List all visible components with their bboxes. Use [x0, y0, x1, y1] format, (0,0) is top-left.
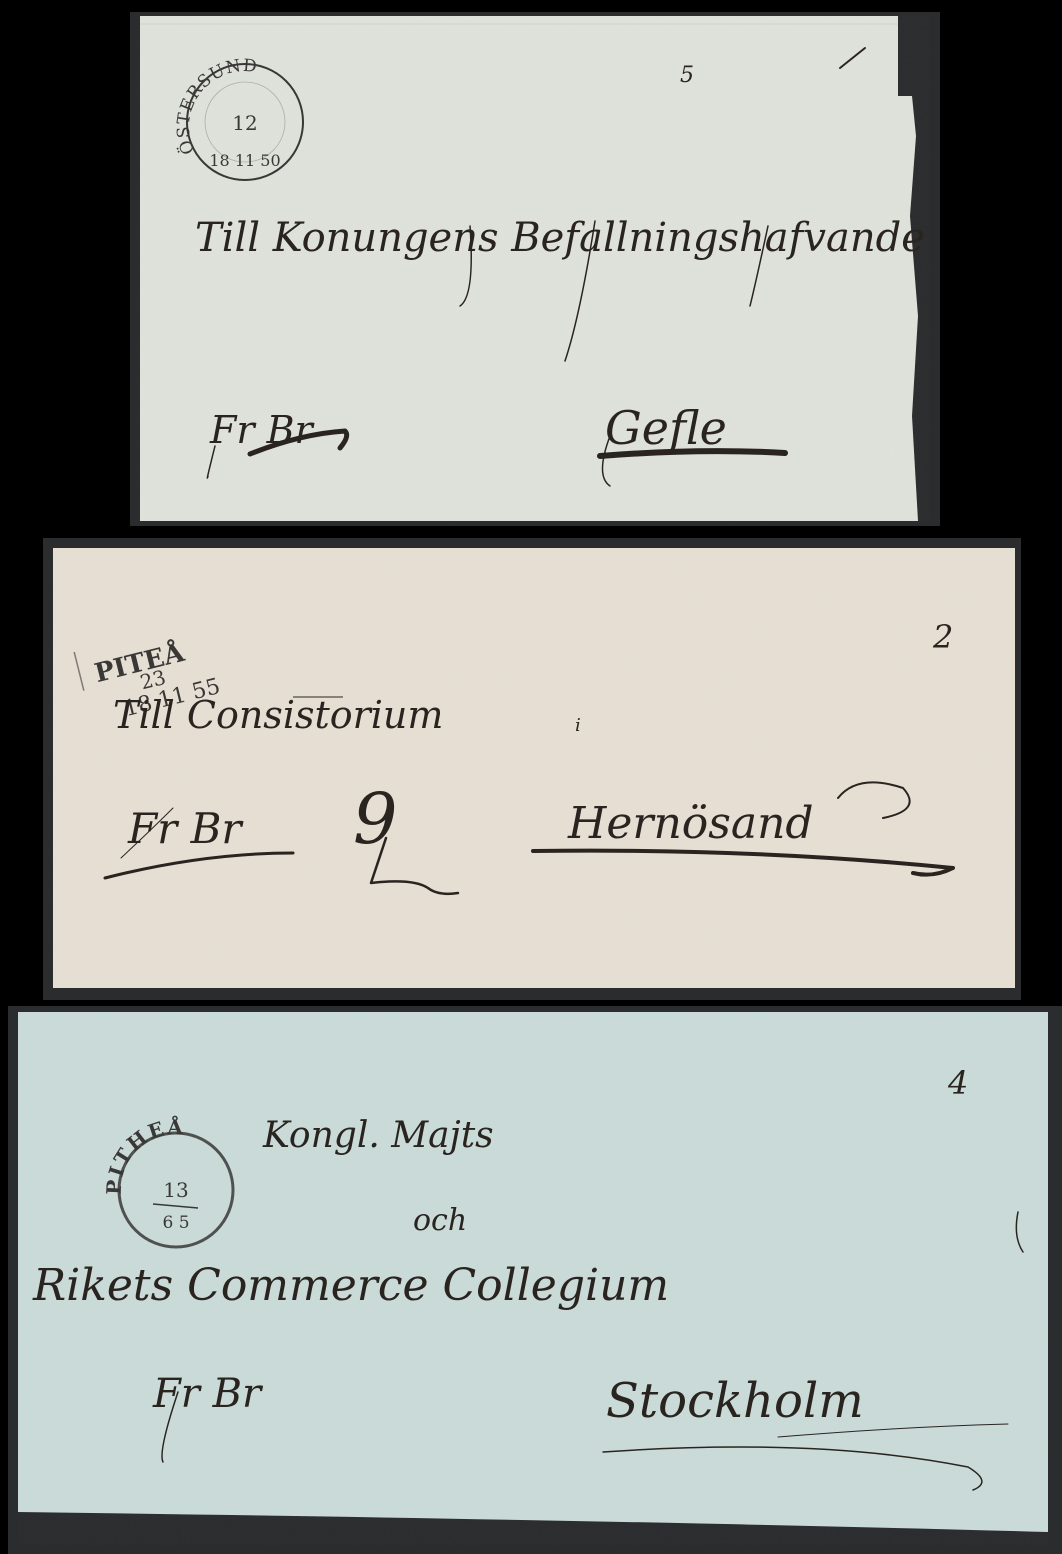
address-line-3: Rikets Commerce Collegium	[32, 1260, 669, 1311]
address-line: Till Consistorium	[113, 693, 443, 737]
svg-text:6 5: 6 5	[162, 1213, 189, 1233]
svg-text:12: 12	[232, 111, 257, 135]
corner-mark: 4	[947, 1064, 968, 1102]
franking-note: Fr Br	[152, 1371, 264, 1417]
destination: Gefle	[605, 401, 727, 455]
corner-mark: 2	[932, 618, 953, 656]
rate-mark: 9	[353, 778, 398, 860]
destination: Hernösand	[567, 798, 814, 849]
cover-2-pitea-letter: PITEÅ 23 18 11 55 2 Till Consistorium Fr…	[53, 548, 1015, 988]
corner-mark: 5	[680, 63, 694, 88]
franking-note: Fr Br	[127, 804, 244, 853]
address-line: Till Konungens Befallningshafvande	[195, 215, 925, 261]
destination: Stockholm	[606, 1373, 864, 1429]
cover-1-oestersund-letter: ÖSTERSUND 12 18 11 50 5 Till Konungens B…	[140, 16, 930, 521]
destination-prefix: i	[575, 715, 581, 736]
cover-3-pithea-letter: PITHEÅ 13 6 5 4 Kongl. Majts och Rikets …	[18, 1012, 1048, 1545]
franking-note: Fr Br	[209, 408, 316, 452]
address-line-2: och	[413, 1203, 467, 1238]
svg-text:13: 13	[163, 1178, 188, 1202]
svg-text:18 11 50: 18 11 50	[209, 151, 280, 170]
address-line-1: Kongl. Majts	[262, 1115, 494, 1156]
